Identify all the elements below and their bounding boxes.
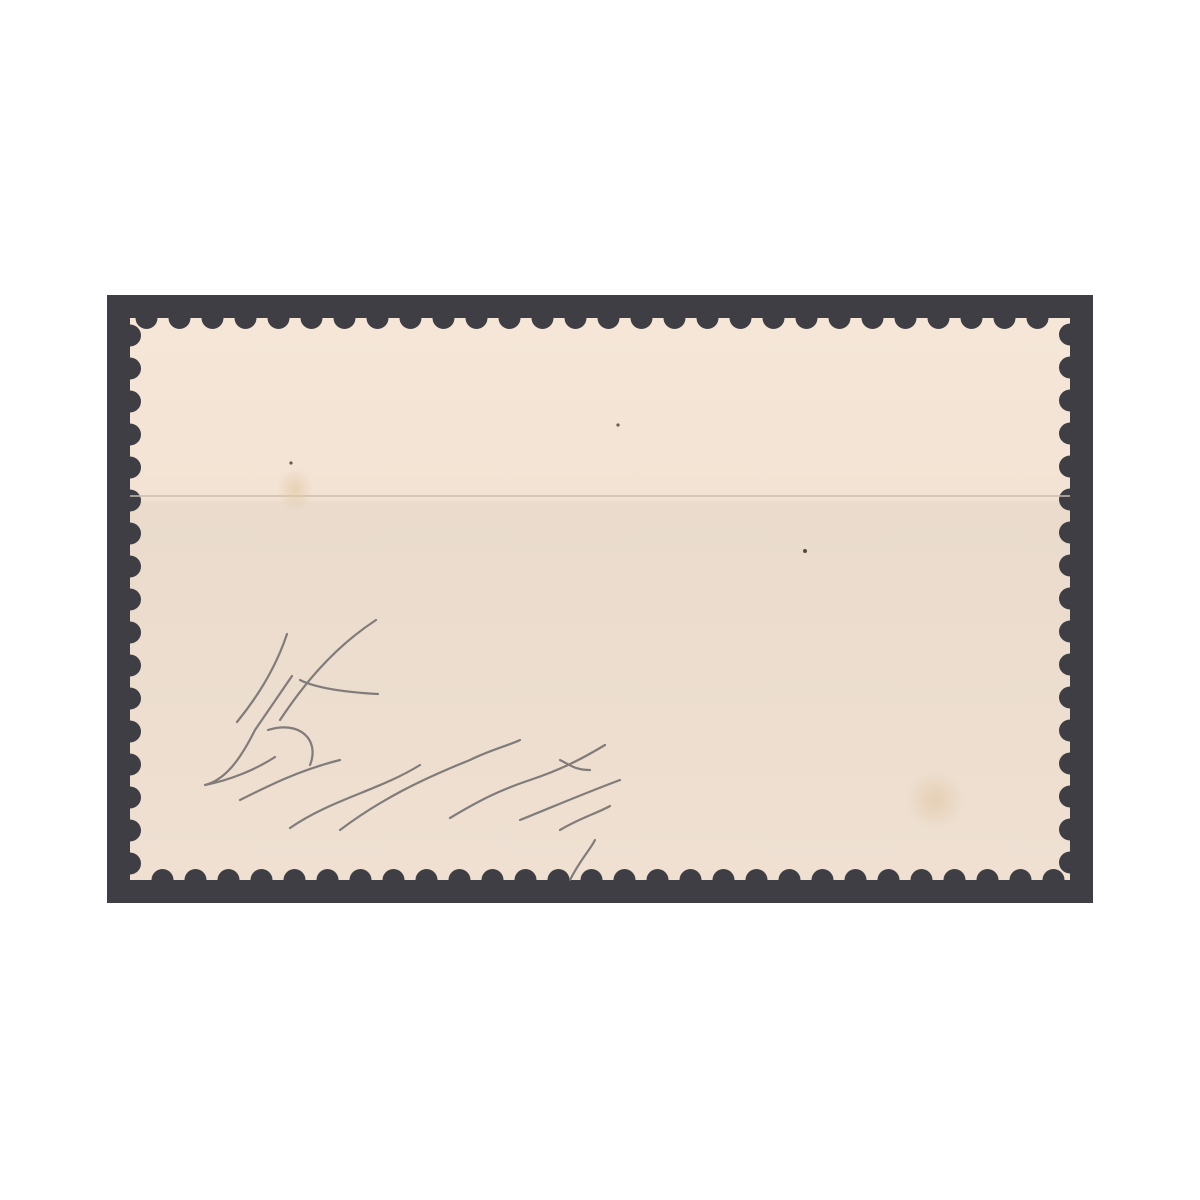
toning-spot <box>277 468 313 512</box>
stamp-back <box>0 0 1200 1200</box>
toning-spot <box>905 770 965 830</box>
